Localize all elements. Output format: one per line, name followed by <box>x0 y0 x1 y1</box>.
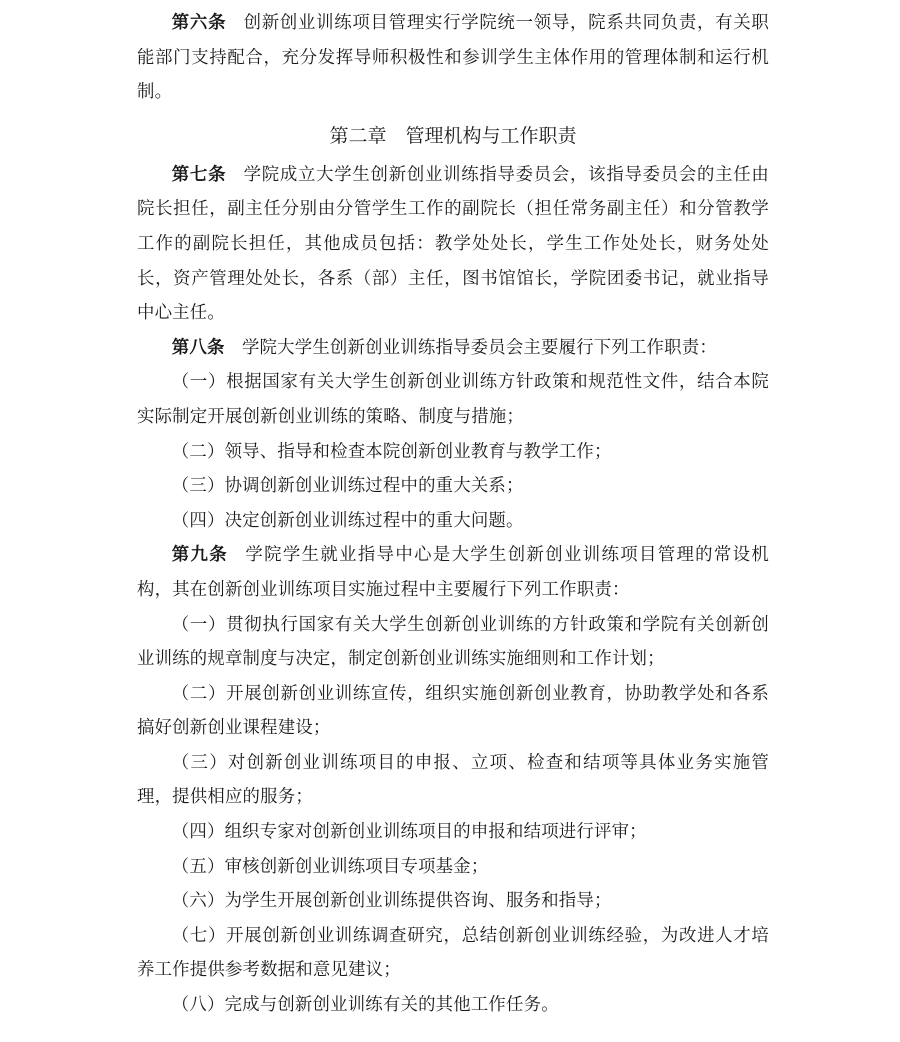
chapter-title: 管理机构与工作职责 <box>406 125 577 147</box>
document-page: 第六条创新创业训练项目管理实行学院统一领导，院系共同负责，有关职能部门支持配合，… <box>137 6 769 1023</box>
list-item: （六）为学生开展创新创业训练提供咨询、服务和指导； <box>137 884 769 919</box>
list-item: （四）组织专家对创新创业训练项目的申报和结项进行评审； <box>137 815 769 850</box>
article-text: 学院学生就业指导中心是大学生创新创业训练项目管理的常设机构，其在创新创业训练项目… <box>137 545 769 600</box>
article-label: 第八条 <box>172 338 225 358</box>
list-item: （三）对创新创业训练项目的申报、立项、检查和结项等具体业务实施管理，提供相应的服… <box>137 746 769 815</box>
article-label: 第六条 <box>172 13 226 33</box>
chapter-heading: 第二章管理机构与工作职责 <box>137 118 769 154</box>
article-label: 第九条 <box>172 545 228 565</box>
list-item: （四）决定创新创业训练过程中的重大问题。 <box>137 504 769 539</box>
list-item: （二）领导、指导和检查本院创新创业教育与教学工作； <box>137 435 769 470</box>
article-8: 第八条学院大学生创新创业训练指导委员会主要履行下列工作职责： <box>137 331 769 366</box>
article-text: 学院成立大学生创新创业训练指导委员会，该指导委员会的主任由院长担任，副主任分别由… <box>137 165 769 323</box>
list-item: （二）开展创新创业训练宣传，组织实施创新创业教育，协助教学处和各系搞好创新创业课… <box>137 677 769 746</box>
article-text: 学院大学生创新创业训练指导委员会主要履行下列工作职责： <box>242 338 717 358</box>
list-item: （一）根据国家有关大学生创新创业训练方针政策和规范性文件，结合本院实际制定开展创… <box>137 365 769 434</box>
article-text: 创新创业训练项目管理实行学院统一领导，院系共同负责，有关职能部门支持配合，充分发… <box>137 13 769 102</box>
article-9: 第九条学院学生就业指导中心是大学生创新创业训练项目管理的常设机构，其在创新创业训… <box>137 538 769 607</box>
list-item: （八）完成与创新创业训练有关的其他工作任务。 <box>137 988 769 1023</box>
article-6: 第六条创新创业训练项目管理实行学院统一领导，院系共同负责，有关职能部门支持配合，… <box>137 6 769 110</box>
list-item: （七）开展创新创业训练调查研究，总结创新创业训练经验，为改进人才培养工作提供参考… <box>137 919 769 988</box>
article-label: 第七条 <box>172 165 226 185</box>
list-item: （一）贯彻执行国家有关大学生创新创业训练的方针政策和学院有关创新创业训练的规章制… <box>137 608 769 677</box>
list-item: （五）审核创新创业训练项目专项基金； <box>137 850 769 885</box>
article-7: 第七条学院成立大学生创新创业训练指导委员会，该指导委员会的主任由院长担任，副主任… <box>137 158 769 331</box>
list-item: （三）协调创新创业训练过程中的重大关系； <box>137 469 769 504</box>
chapter-number: 第二章 <box>329 125 386 147</box>
